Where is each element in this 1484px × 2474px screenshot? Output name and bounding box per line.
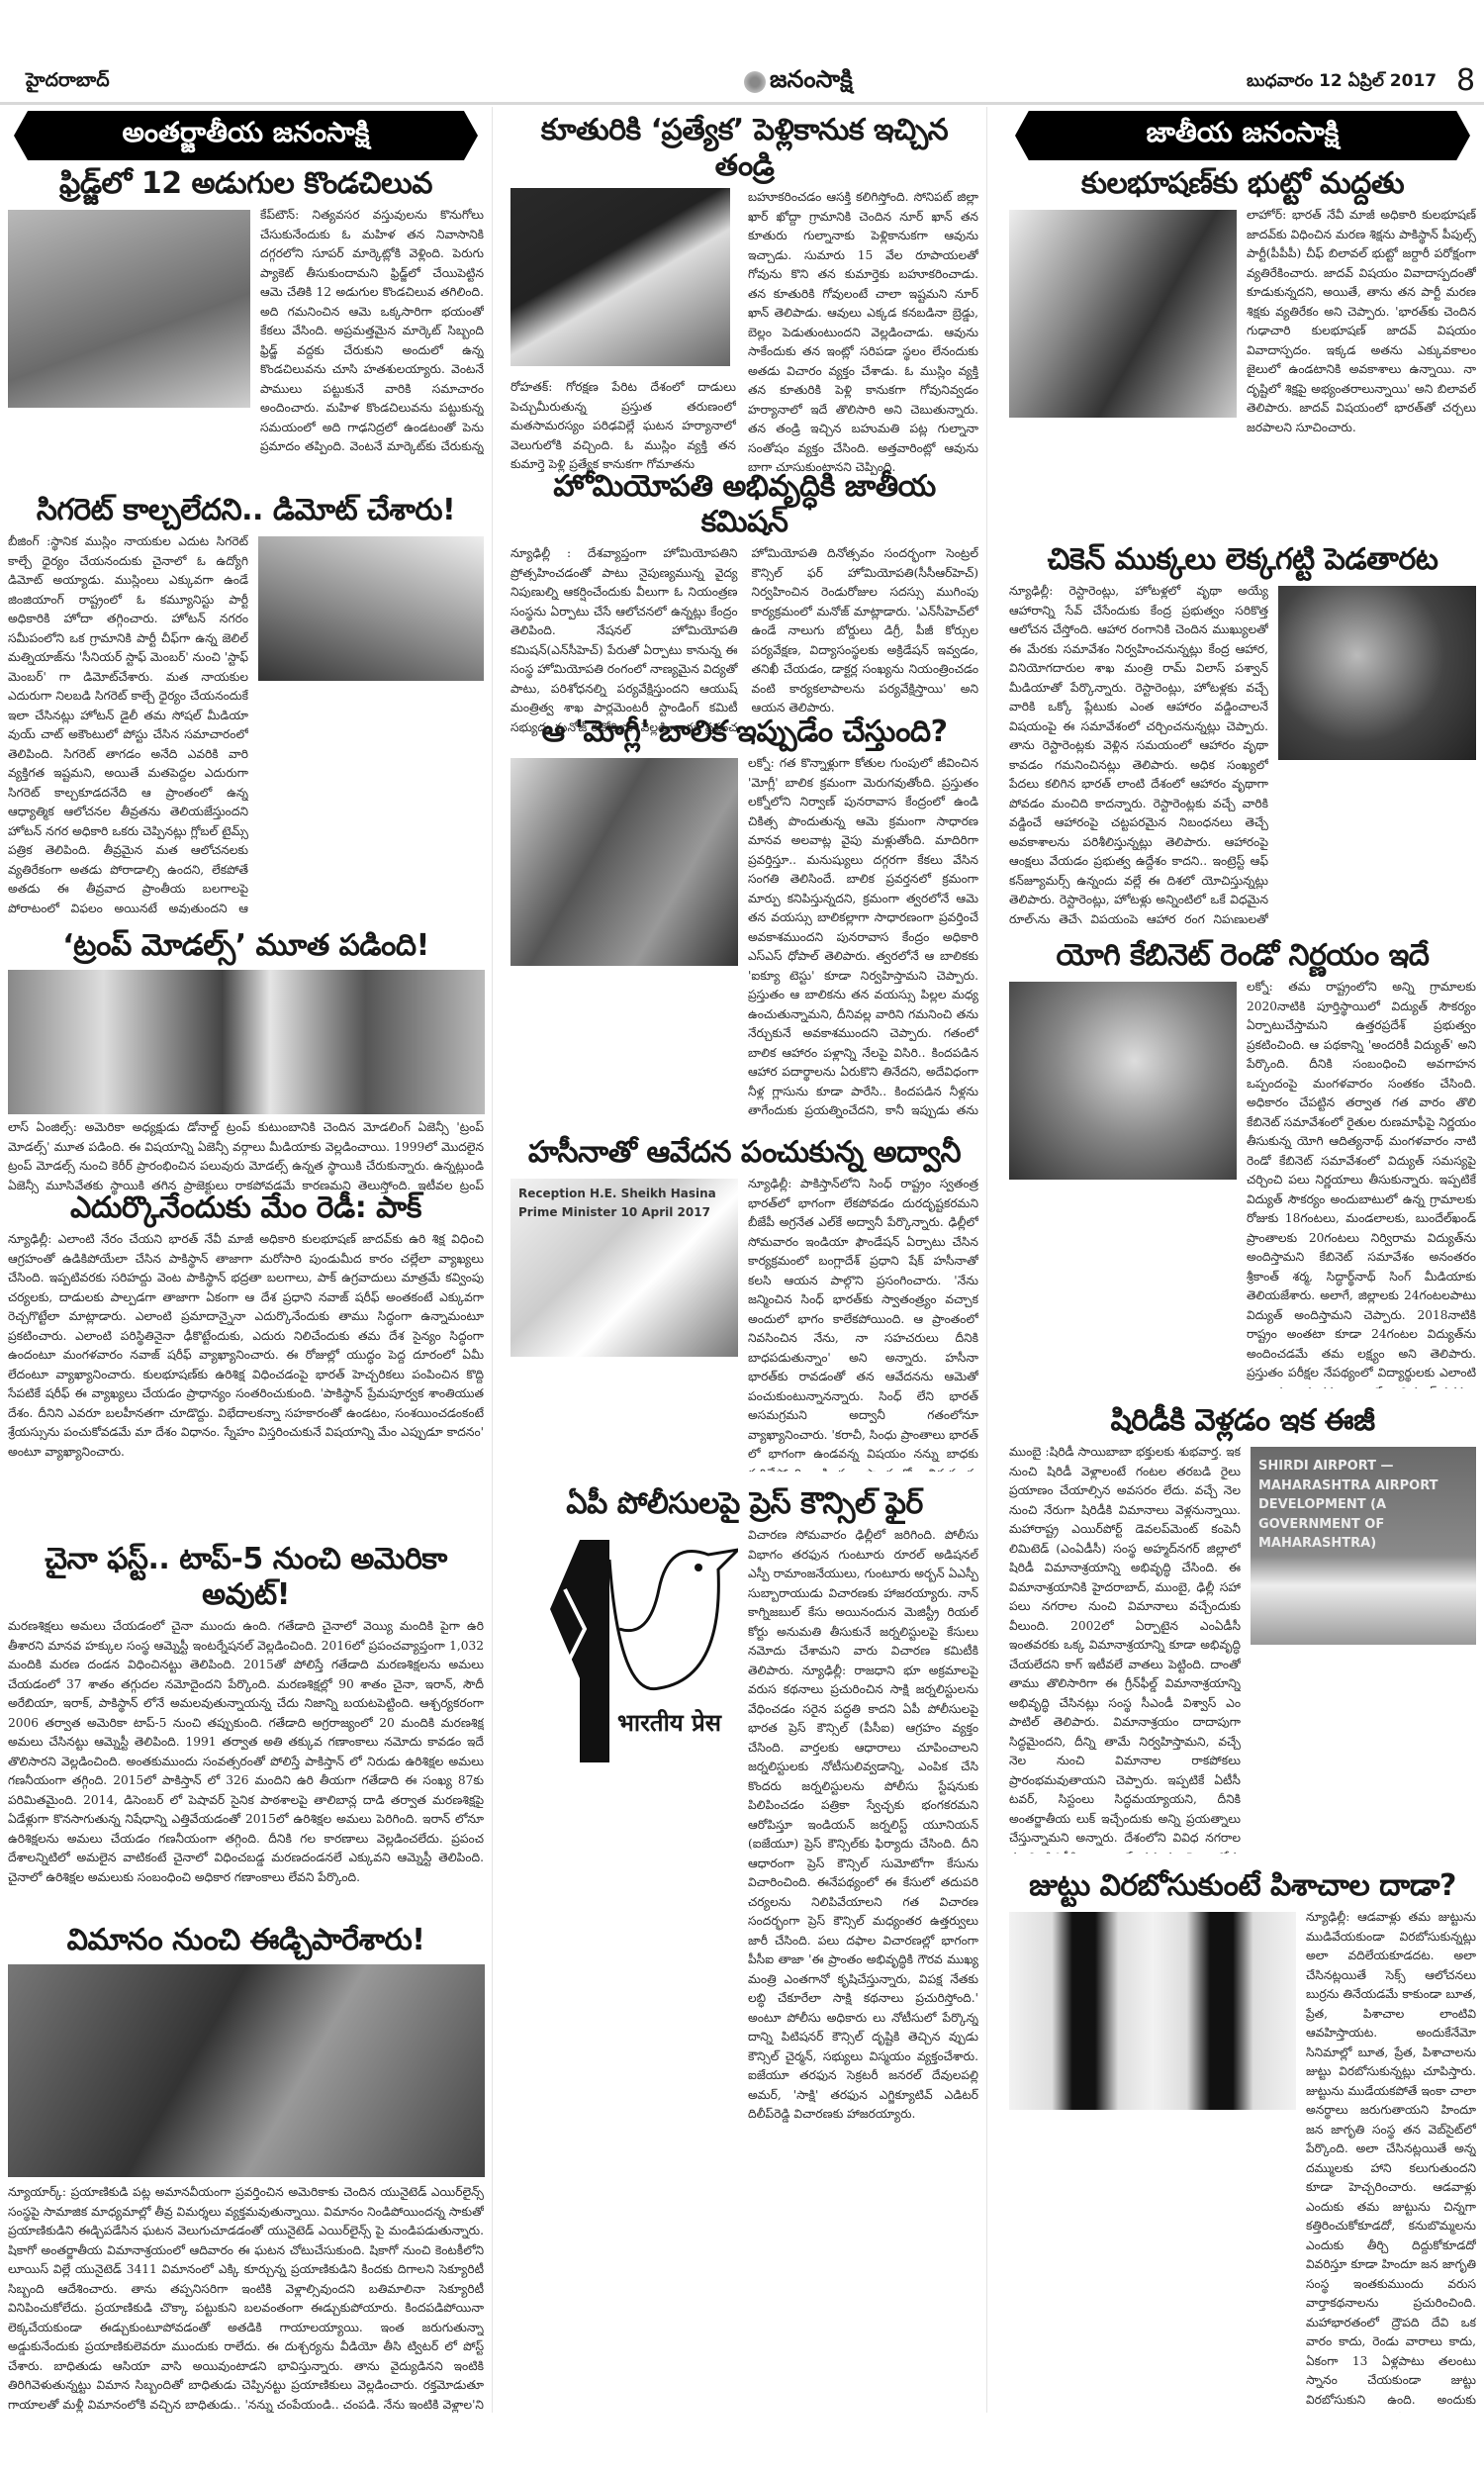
press-logo-text: भारतीय प्रेस xyxy=(617,1710,726,1736)
headline[interactable]: చైనా ఫస్ట్.. టాప్-5 నుంచి అమెరికా అవుట్! xyxy=(8,1536,484,1617)
edition-city: హైదరాబాద్ xyxy=(26,69,110,96)
article-homeopathy-commission[interactable]: హోమియోపతి అభివృద్ధికి జాతీయ కమిషన్ న్యూఢ… xyxy=(503,463,986,709)
photo-caption: SHIRDI AIRPORT — MAHARASHTRA AIRPORT DEV… xyxy=(1258,1457,1466,1554)
page-header: హైదరాబాద్ జనంసాక్షి బుధవారం 12 ఏప్రిల్ 2… xyxy=(0,61,1484,105)
headline[interactable]: హోమియోపతి అభివృద్ధికి జాతీయ కమిషన్ xyxy=(510,463,978,544)
shirdi-airport-photo: SHIRDI AIRPORT — MAHARASHTRA AIRPORT DEV… xyxy=(1251,1447,1476,1645)
news-column: కూతురికి ‘ప్రత్యేక’ పెళ్లికానుక ఇచ్చిన త… xyxy=(503,107,987,2413)
article-body: కేప్‌టౌన్: నిత్యవసర వస్తువులను కొనుగోలు … xyxy=(260,206,484,458)
issue-date: బుధవారం 12 ఏప్రిల్ 2017 xyxy=(1247,71,1437,95)
article-pak-ready[interactable]: ఎదుర్కొనేందుకు మేం రెడీ: పాక్ న్యూఢిల్లీ… xyxy=(0,1185,492,1536)
section-banner-national: జాతీయ జనంసాక్షి xyxy=(1015,111,1470,160)
headline[interactable]: ఎదుర్కొనేందుకు మేం రెడీ: పాక్ xyxy=(8,1185,484,1230)
photo-caption: Reception H.E. Sheikh Hasina Prime Minis… xyxy=(518,1185,726,1222)
bilawal-bhutto-photo xyxy=(1009,210,1237,418)
international-column: అంతర్జాతీయ జనంసాక్షి ఫ్రిడ్జ్‌లో 12 అడుగ… xyxy=(0,107,493,2413)
headline[interactable]: ఫ్రిడ్జ్‌లో 12 అడుగుల కొండచిలువ xyxy=(8,160,484,206)
supermarket-python-photo xyxy=(8,210,250,408)
article-body: న్యూఢిల్లీ: ఎలాంటి నేరం చేయని భారత్ నేవీ… xyxy=(8,1230,484,1527)
article-yogi-cabinet[interactable]: యోగి కేబినెట్ రెండో నిర్ణయం ఇదే లక్నో: త… xyxy=(1001,932,1484,1397)
cow-gift-photo xyxy=(510,188,730,366)
article-cigarette-demote[interactable]: సిగరెట్ కాల్చలేదని.. డిమోట్ చేశారు! బీజి… xyxy=(0,487,492,922)
article-plane-dragged[interactable]: విమానం నుంచి ఈడ్చిపారేశారు! న్యూయార్క్: … xyxy=(0,1917,492,2413)
article-body: న్యూయార్క్: ప్రయాణికుడి పట్ల అమానవీయంగా … xyxy=(8,2183,484,2413)
article-advani-hasina[interactable]: హసీనాతో ఆవేదన పంచుకున్న అద్వానీ Receptio… xyxy=(503,1129,986,1480)
page-number: 8 xyxy=(1456,63,1475,98)
article-body-left: రోహతక్: గోరక్షణ పేరిట దేశంలో దాడులు పెచ్… xyxy=(510,378,736,477)
press-council-logo: भारतीय प्रेस xyxy=(510,1530,738,1767)
headline[interactable]: కూతురికి ‘ప్రత్యేక’ పెళ్లికానుక ఇచ్చిన త… xyxy=(510,107,978,188)
article-body: న్యూఢిల్లీ: రెస్టారెంట్లు, హోటళ్లలో వృథా… xyxy=(1009,582,1268,923)
article-china-first[interactable]: చైనా ఫస్ట్.. టాప్-5 నుంచి అమెరికా అవుట్!… xyxy=(0,1536,492,1917)
headline[interactable]: కులభూషణ్‌కు భుట్టో మద్దతు xyxy=(1009,160,1476,206)
article-cow-gift[interactable]: కూతురికి ‘ప్రత్యేక’ పెళ్లికానుక ఇచ్చిన త… xyxy=(503,107,986,463)
headline[interactable]: ‘ట్రంప్ మోడల్స్’ మూత పడింది! xyxy=(8,922,484,968)
article-body: ముంబై :షిరిడీ సాయిబాబా భక్తులకు శుభవార్త… xyxy=(1009,1443,1241,1854)
headline[interactable]: విమానం నుంచి ఈడ్చిపారేశారు! xyxy=(8,1917,484,1962)
mowgli-girl-photo xyxy=(510,758,738,966)
chicken-pieces-photo xyxy=(1278,586,1476,760)
article-shirdi-airport[interactable]: షిరిడీకి వెళ్లడం ఇక ఈజీ SHIRDI AIRPORT —… xyxy=(1001,1397,1484,1862)
article-body: లక్నో: తమ రాష్ట్రంలోని అన్ని గ్రామాలకు 2… xyxy=(1247,978,1476,1388)
masthead-title: జనంసాక్షి xyxy=(770,65,853,99)
trump-models-photo xyxy=(8,970,485,1114)
airplane-passenger-photo xyxy=(8,1964,485,2177)
headline[interactable]: హసీనాతో ఆవేదన పంచుకున్న అద్వానీ xyxy=(510,1129,978,1175)
article-press-council[interactable]: ఏపీ పోలీసులపై ప్రెస్ కౌన్సిల్ ఫైర్ भारती… xyxy=(503,1480,986,2411)
article-body: మరణశిక్షలు అమలు చేయడంలో చైనా ముందు ఉంది.… xyxy=(8,1617,484,1944)
logo-icon xyxy=(744,71,766,93)
article-body: లాహోర్: భారత్ నేవీ మాజీ అధికారి కులభూషణ్… xyxy=(1247,206,1476,527)
article-body: విచారణ సోమవారం ఢిల్లీలో జరిగింది. పోలీసు… xyxy=(748,1526,978,2397)
article-body: బీజింగ్ :స్థానిక ముస్లిం నాయకుల ఎదుట సిగ… xyxy=(8,532,248,913)
article-body: లక్నో: గత కొన్నాళ్లుగా కోతుల గుంపులో జీవ… xyxy=(748,754,978,1120)
headline[interactable]: యోగి కేబినెట్ రెండో నిర్ణయం ఇదే xyxy=(1009,932,1476,978)
advani-hasina-photo: Reception H.E. Sheikh Hasina Prime Minis… xyxy=(510,1179,738,1357)
headline[interactable]: షిరిడీకి వెళ్లడం ఇక ఈజీ xyxy=(1009,1397,1476,1443)
article-body: న్యూఢిల్లీ: పాకిస్తాన్‌లోని సింధ్ రాష్ట్… xyxy=(748,1175,978,1472)
section-banner-international: అంతర్జాతీయ జనంసాక్షి xyxy=(14,111,478,160)
masthead-logo[interactable]: జనంసాక్షి xyxy=(744,65,853,99)
article-body: న్యూఢిల్లీ: ఆడవాళ్లు తమ జుట్టును ముడివేయ… xyxy=(1306,1908,1476,2413)
headline[interactable]: ఏపీ పోలీసులపై ప్రెస్ కౌన్సిల్ ఫైర్ xyxy=(510,1480,978,1526)
yogi-adityanath-photo xyxy=(1009,982,1237,1180)
headline[interactable]: సిగరెట్ కాల్చలేదని.. డిమోట్ చేశారు! xyxy=(8,487,484,532)
article-body-right: బహూకరించడం ఆసక్తి కలిగిస్తోంది. సోనిపట్ … xyxy=(748,188,978,485)
article-hair-spirits[interactable]: జుట్టు విరబోసుకుంటే పిశాచాల దాడా? న్యూఢి… xyxy=(1001,1862,1484,2413)
article-trump-models[interactable]: ‘ట్రంప్ మోడల్స్’ మూత పడింది! లాస్ ఏంజిల్… xyxy=(0,922,492,1185)
article-python-fridge[interactable]: ఫ్రిడ్జ్‌లో 12 అడుగుల కొండచిలువ కేప్‌టౌన… xyxy=(0,160,492,487)
article-chicken-pieces[interactable]: చికెన్ ముక్కలు లెక్కగట్టి పెడతారట న్యూఢి… xyxy=(1001,536,1484,932)
headline[interactable]: జుట్టు విరబోసుకుంటే పిశాచాల దాడా? xyxy=(1009,1862,1476,1908)
national-column: జాతీయ జనంసాక్షి కులభూషణ్‌కు భుట్టో మద్దత… xyxy=(1001,107,1484,2413)
headline[interactable]: చికెన్ ముక్కలు లెక్కగట్టి పెడతారట xyxy=(1009,536,1476,582)
article-body: లాస్ ఏంజిల్స్: అమెరికా అధ్యక్షుడు డోనాల్… xyxy=(8,1118,484,1197)
long-hair-photo xyxy=(1009,1912,1296,2110)
article-mowgli-girl[interactable]: ఆ 'మోగ్లీ' బాలిక ఇప్పుడేం చేస్తుంది? లక్… xyxy=(503,709,986,1129)
article-kulbhushan-bhutto[interactable]: కులభూషణ్‌కు భుట్టో మద్దతు లాహోర్: భారత్ … xyxy=(1001,160,1484,536)
headline[interactable]: ఆ 'మోగ్లీ' బాలిక ఇప్పుడేం చేస్తుంది? xyxy=(510,709,978,754)
cigarette-photo xyxy=(258,536,484,681)
